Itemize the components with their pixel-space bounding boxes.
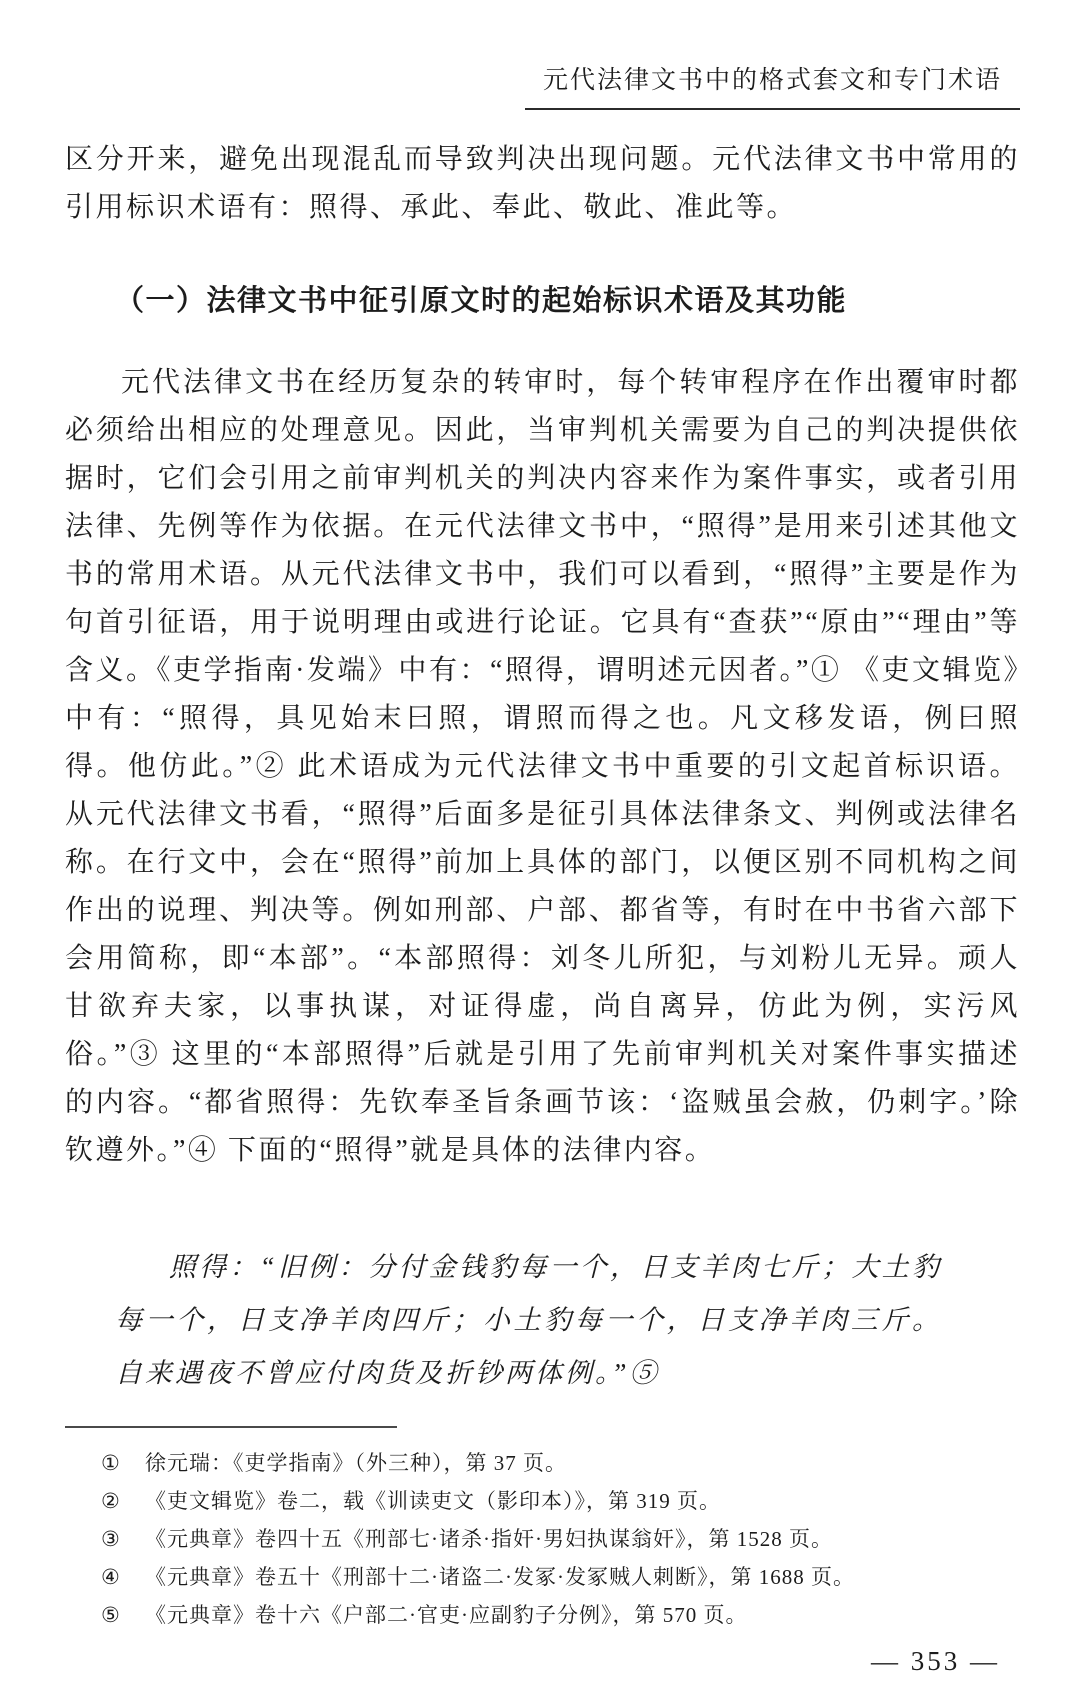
section-heading: （一）法律文书中征引原文时的起始标识术语及其功能 bbox=[115, 278, 1020, 319]
footnote-text: 徐元瑞：《吏学指南》（外三种），第 37 页。 bbox=[145, 1444, 1020, 1482]
footnote-marker: ② bbox=[101, 1482, 145, 1520]
running-header: 元代法律文书中的格式套文和专门术语 bbox=[525, 60, 1020, 110]
footnote-item: ② 《吏文辑览》卷二，载《训读吏文（影印本）》，第 319 页。 bbox=[65, 1482, 1020, 1520]
footnote-item: ③ 《元典章》卷四十五《刑部七·诸杀·指奸·男妇执谋翁奸》，第 1528 页。 bbox=[65, 1520, 1020, 1558]
intro-paragraph: 区分开来，避免出现混乱而导致判决出现问题。元代法律文书中常用的引用标识术语有：照… bbox=[65, 136, 1020, 232]
footnote-item: ⑤ 《元典章》卷十六《户部二·官吏·应副豹子分例》，第 570 页。 bbox=[65, 1596, 1020, 1634]
footnote-item: ④ 《元典章》卷五十《刑部十二·诸盗二·发冢·发冢贼人刺断》，第 1688 页。 bbox=[65, 1558, 1020, 1596]
footnote-text: 《元典章》卷十六《户部二·官吏·应副豹子分例》，第 570 页。 bbox=[145, 1596, 1020, 1634]
footnotes: ① 徐元瑞：《吏学指南》（外三种），第 37 页。 ② 《吏文辑览》卷二，载《训… bbox=[65, 1444, 1020, 1634]
footnote-marker: ⑤ bbox=[101, 1596, 145, 1634]
body-paragraph: 元代法律文书在经历复杂的转审时，每个转审程序在作出覆审时都必须给出相应的处理意见… bbox=[65, 359, 1020, 1175]
running-header-row: 元代法律文书中的格式套文和专门术语 bbox=[65, 60, 1020, 110]
footnote-item: ① 徐元瑞：《吏学指南》（外三种），第 37 页。 bbox=[65, 1444, 1020, 1482]
footnote-text: 《元典章》卷五十《刑部十二·诸盗二·发冢·发冢贼人刺断》，第 1688 页。 bbox=[145, 1558, 1020, 1596]
footnote-marker: ④ bbox=[101, 1558, 145, 1596]
footnote-marker: ③ bbox=[101, 1520, 145, 1558]
document-page: 元代法律文书中的格式套文和专门术语 区分开来，避免出现混乱而导致判决出现问题。元… bbox=[0, 0, 1080, 1695]
footnote-text: 《元典章》卷四十五《刑部七·诸杀·指奸·男妇执谋翁奸》，第 1528 页。 bbox=[145, 1520, 1020, 1558]
page-number: — 353 — bbox=[871, 1646, 1000, 1677]
footnote-text: 《吏文辑览》卷二，载《训读吏文（影印本）》，第 319 页。 bbox=[145, 1482, 1020, 1520]
footnote-marker: ① bbox=[101, 1444, 145, 1482]
block-quote: 照得：“旧例：分付金钱豹每一个，日支羊肉七斤；大土豹每一个，日支净羊肉四斤；小土… bbox=[115, 1241, 942, 1400]
footnote-divider bbox=[65, 1426, 397, 1428]
